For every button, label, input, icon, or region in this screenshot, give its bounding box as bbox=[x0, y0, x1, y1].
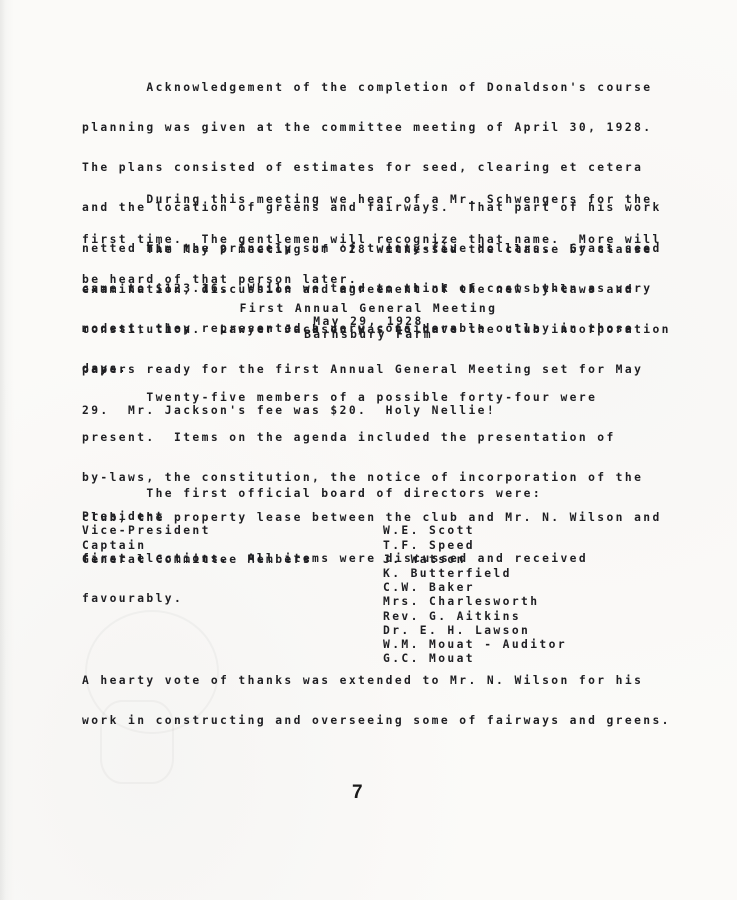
meeting-heading-title: First Annual General Meeting bbox=[0, 302, 737, 315]
board-name: K. Butterfield bbox=[383, 567, 512, 581]
board-name: Rev. G. Aitkins bbox=[383, 610, 521, 624]
board-of-directors-list: President W.E. Scott Vice-President T.F.… bbox=[82, 496, 137, 638]
board-row: Dr. E. H. Lawson bbox=[82, 595, 137, 609]
text-line: favourably. bbox=[82, 592, 662, 605]
board-row: Vice-President T.F. Speed bbox=[82, 510, 137, 524]
meeting-heading-location: Barnsbury Farm bbox=[0, 328, 737, 341]
board-name: Dr. E. H. Lawson bbox=[383, 624, 530, 638]
text-line: present. Items on the agenda included th… bbox=[82, 431, 662, 444]
text-line: A hearty vote of thanks was extended to … bbox=[82, 674, 671, 687]
text-line: examination, discussion and agreement of… bbox=[82, 283, 671, 296]
scanned-page: Acknowledgement of the completion of Don… bbox=[0, 0, 737, 900]
board-row: Mrs. Charlesworth bbox=[82, 567, 137, 581]
text-line: The first official board of directors we… bbox=[82, 487, 542, 500]
text-line: work in constructing and overseeing some… bbox=[82, 714, 671, 727]
page-number: 7 bbox=[352, 782, 363, 804]
board-row: G.C. Mouat bbox=[82, 624, 137, 638]
board-row: W.M. Mouat - Auditor bbox=[82, 610, 137, 624]
board-row: Captain J. Watson bbox=[82, 524, 137, 538]
board-row: General Committee Members K. Butterfield bbox=[82, 539, 137, 553]
board-name: C.W. Baker bbox=[383, 581, 475, 595]
board-name: W.E. Scott bbox=[383, 524, 475, 538]
board-row: President W.E. Scott bbox=[82, 496, 137, 510]
text-line: planning was given at the committee meet… bbox=[82, 121, 662, 134]
board-row: C.W. Baker bbox=[82, 553, 137, 567]
meeting-heading-date: May 29, 1928 bbox=[0, 315, 737, 328]
text-line: During this meeting we hear of a Mr. Sch… bbox=[82, 193, 662, 206]
board-name: Mrs. Charlesworth bbox=[383, 595, 539, 609]
text-line: The May 9 meeting of '28 witnessed the c… bbox=[82, 243, 671, 256]
board-name: T.F. Speed bbox=[383, 539, 475, 553]
board-name: J. Watson bbox=[383, 553, 466, 567]
text-line: Acknowledgement of the completion of Don… bbox=[82, 81, 662, 94]
board-row: Rev. G. Aitkins bbox=[82, 581, 137, 595]
paragraph-closing: A hearty vote of thanks was extended to … bbox=[82, 647, 671, 754]
text-line: Twenty-five members of a possible forty-… bbox=[82, 391, 662, 404]
